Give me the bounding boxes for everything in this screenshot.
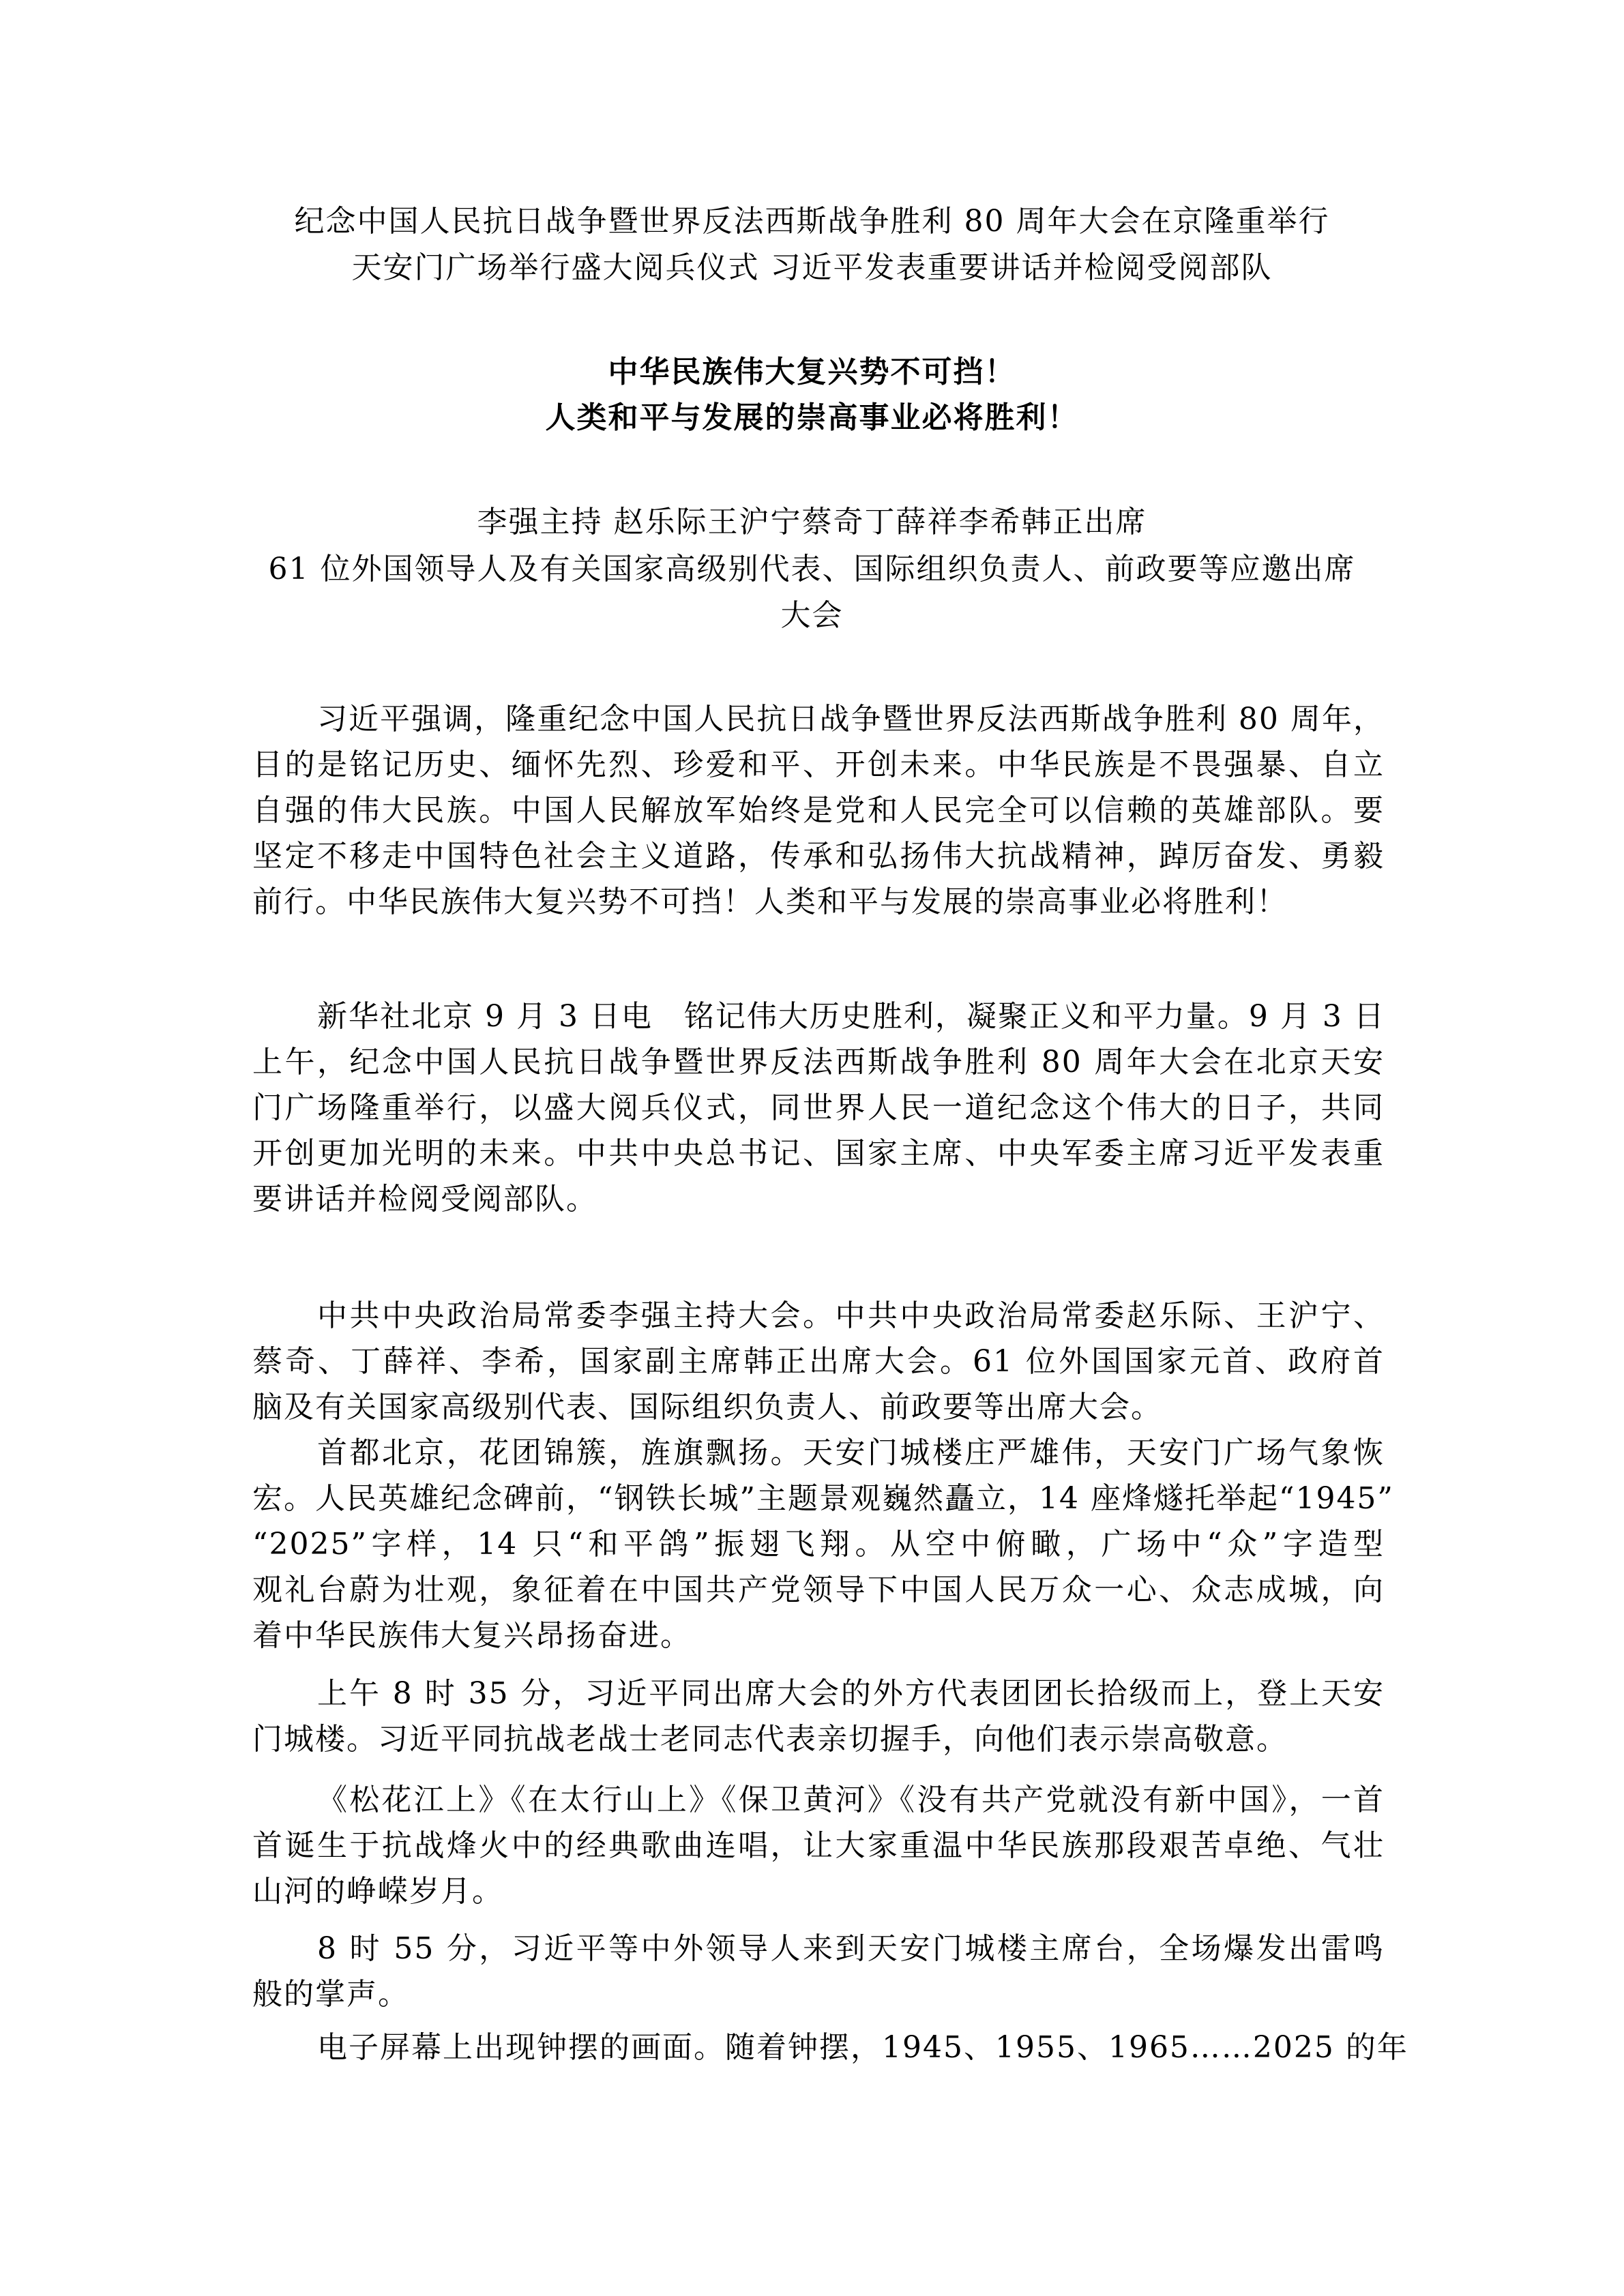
main-title-line-1: 中华民族伟大复兴势不可挡！ bbox=[0, 350, 1624, 395]
paragraph-line: 脑及有关国家高级别代表、国际组织负责人、前政要等出席大会。 bbox=[252, 1385, 1385, 1430]
paragraph-line: 上午 8 时 35 分，习近平同出席大会的外方代表团团长拾级而上，登上天安 bbox=[252, 1671, 1385, 1716]
paragraph-line: 自强的伟大民族。中国人民解放军始终是党和人民完全可以信赖的英雄部队。要 bbox=[252, 788, 1385, 833]
paragraph-line: 开创更加光明的未来。中共中央总书记、国家主席、中央军委主席习近平发表重 bbox=[252, 1131, 1385, 1176]
paragraph-line: 要讲话并检阅受阅部队。 bbox=[252, 1177, 1385, 1222]
paragraph-line: 电子屏幕上出现钟摆的画面。随着钟摆，1945、1955、1965……2025 的… bbox=[252, 2025, 1385, 2070]
subtitle-line-3: 大会 bbox=[0, 593, 1624, 638]
paragraph-line: 首都北京，花团锦簇，旌旗飘扬。天安门城楼庄严雄伟，天安门广场气象恢 bbox=[252, 1431, 1385, 1476]
paragraph-line: 般的掌声。 bbox=[252, 1972, 1385, 2017]
paragraph-line: 前行。中华民族伟大复兴势不可挡！人类和平与发展的崇高事业必将胜利！ bbox=[252, 880, 1385, 925]
main-title-line-2: 人类和平与发展的崇高事业必将胜利！ bbox=[0, 396, 1624, 441]
paragraph-line: “2025”字样，14 只“和平鸽”振翅飞翔。从空中俯瞰，广场中“众”字造型 bbox=[252, 1522, 1385, 1567]
subtitle-line-1: 李强主持 赵乐际王沪宁蔡奇丁薛祥李希韩正出席 bbox=[0, 500, 1624, 545]
paragraph-line: 中共中央政治局常委李强主持大会。中共中央政治局常委赵乐际、王沪宁、 bbox=[252, 1294, 1385, 1339]
paragraph-line: 习近平强调，隆重纪念中国人民抗日战争暨世界反法西斯战争胜利 80 周年， bbox=[252, 697, 1385, 742]
subtitle-line-2: 61 位外国领导人及有关国家高级别代表、国际组织负责人、前政要等应邀出席 bbox=[0, 547, 1624, 592]
paragraph-line: 门广场隆重举行，以盛大阅兵仪式，同世界人民一道纪念这个伟大的日子，共同 bbox=[252, 1086, 1385, 1131]
paragraph-line: 《松花江上》《在太行山上》《保卫黄河》《没有共产党就没有新中国》，一首 bbox=[252, 1778, 1385, 1823]
paragraph-line: 蔡奇、丁薛祥、李希，国家副主席韩正出席大会。61 位外国国家元首、政府首 bbox=[252, 1339, 1385, 1384]
paragraph-line: 山河的峥嵘岁月。 bbox=[252, 1869, 1385, 1914]
paragraph-line: 着中华民族伟大复兴昂扬奋进。 bbox=[252, 1613, 1385, 1658]
document-page: 纪念中国人民抗日战争暨世界反法西斯战争胜利 80 周年大会在京隆重举行 天安门广… bbox=[0, 0, 1624, 2296]
paragraph-line: 门城楼。习近平同抗战老战士老同志代表亲切握手，向他们表示崇高敬意。 bbox=[252, 1717, 1385, 1762]
paragraph-line: 8 时 55 分，习近平等中外领导人来到天安门城楼主席台，全场爆发出雷鸣 bbox=[252, 1926, 1385, 1971]
headline-line-1: 纪念中国人民抗日战争暨世界反法西斯战争胜利 80 周年大会在京隆重举行 bbox=[0, 199, 1624, 244]
paragraph-line: 观礼台蔚为壮观，象征着在中国共产党领导下中国人民万众一心、众志成城，向 bbox=[252, 1568, 1385, 1613]
paragraph-line: 新华社北京 9 月 3 日电 铭记伟大历史胜利，凝聚正义和平力量。9 月 3 日 bbox=[252, 994, 1385, 1039]
headline-line-2: 天安门广场举行盛大阅兵仪式 习近平发表重要讲话并检阅受阅部队 bbox=[0, 245, 1624, 290]
paragraph-line: 上午，纪念中国人民抗日战争暨世界反法西斯战争胜利 80 周年大会在北京天安 bbox=[252, 1040, 1385, 1085]
paragraph-line: 目的是铭记历史、缅怀先烈、珍爱和平、开创未来。中华民族是不畏强暴、自立 bbox=[252, 743, 1385, 788]
paragraph-line: 宏。人民英雄纪念碑前，“钢铁长城”主题景观巍然矗立，14 座烽燧托举起“1945… bbox=[252, 1476, 1385, 1521]
paragraph-line: 坚定不移走中国特色社会主义道路，传承和弘扬伟大抗战精神，踔厉奋发、勇毅 bbox=[252, 834, 1385, 879]
paragraph-line: 首诞生于抗战烽火中的经典歌曲连唱，让大家重温中华民族那段艰苦卓绝、气壮 bbox=[252, 1823, 1385, 1868]
